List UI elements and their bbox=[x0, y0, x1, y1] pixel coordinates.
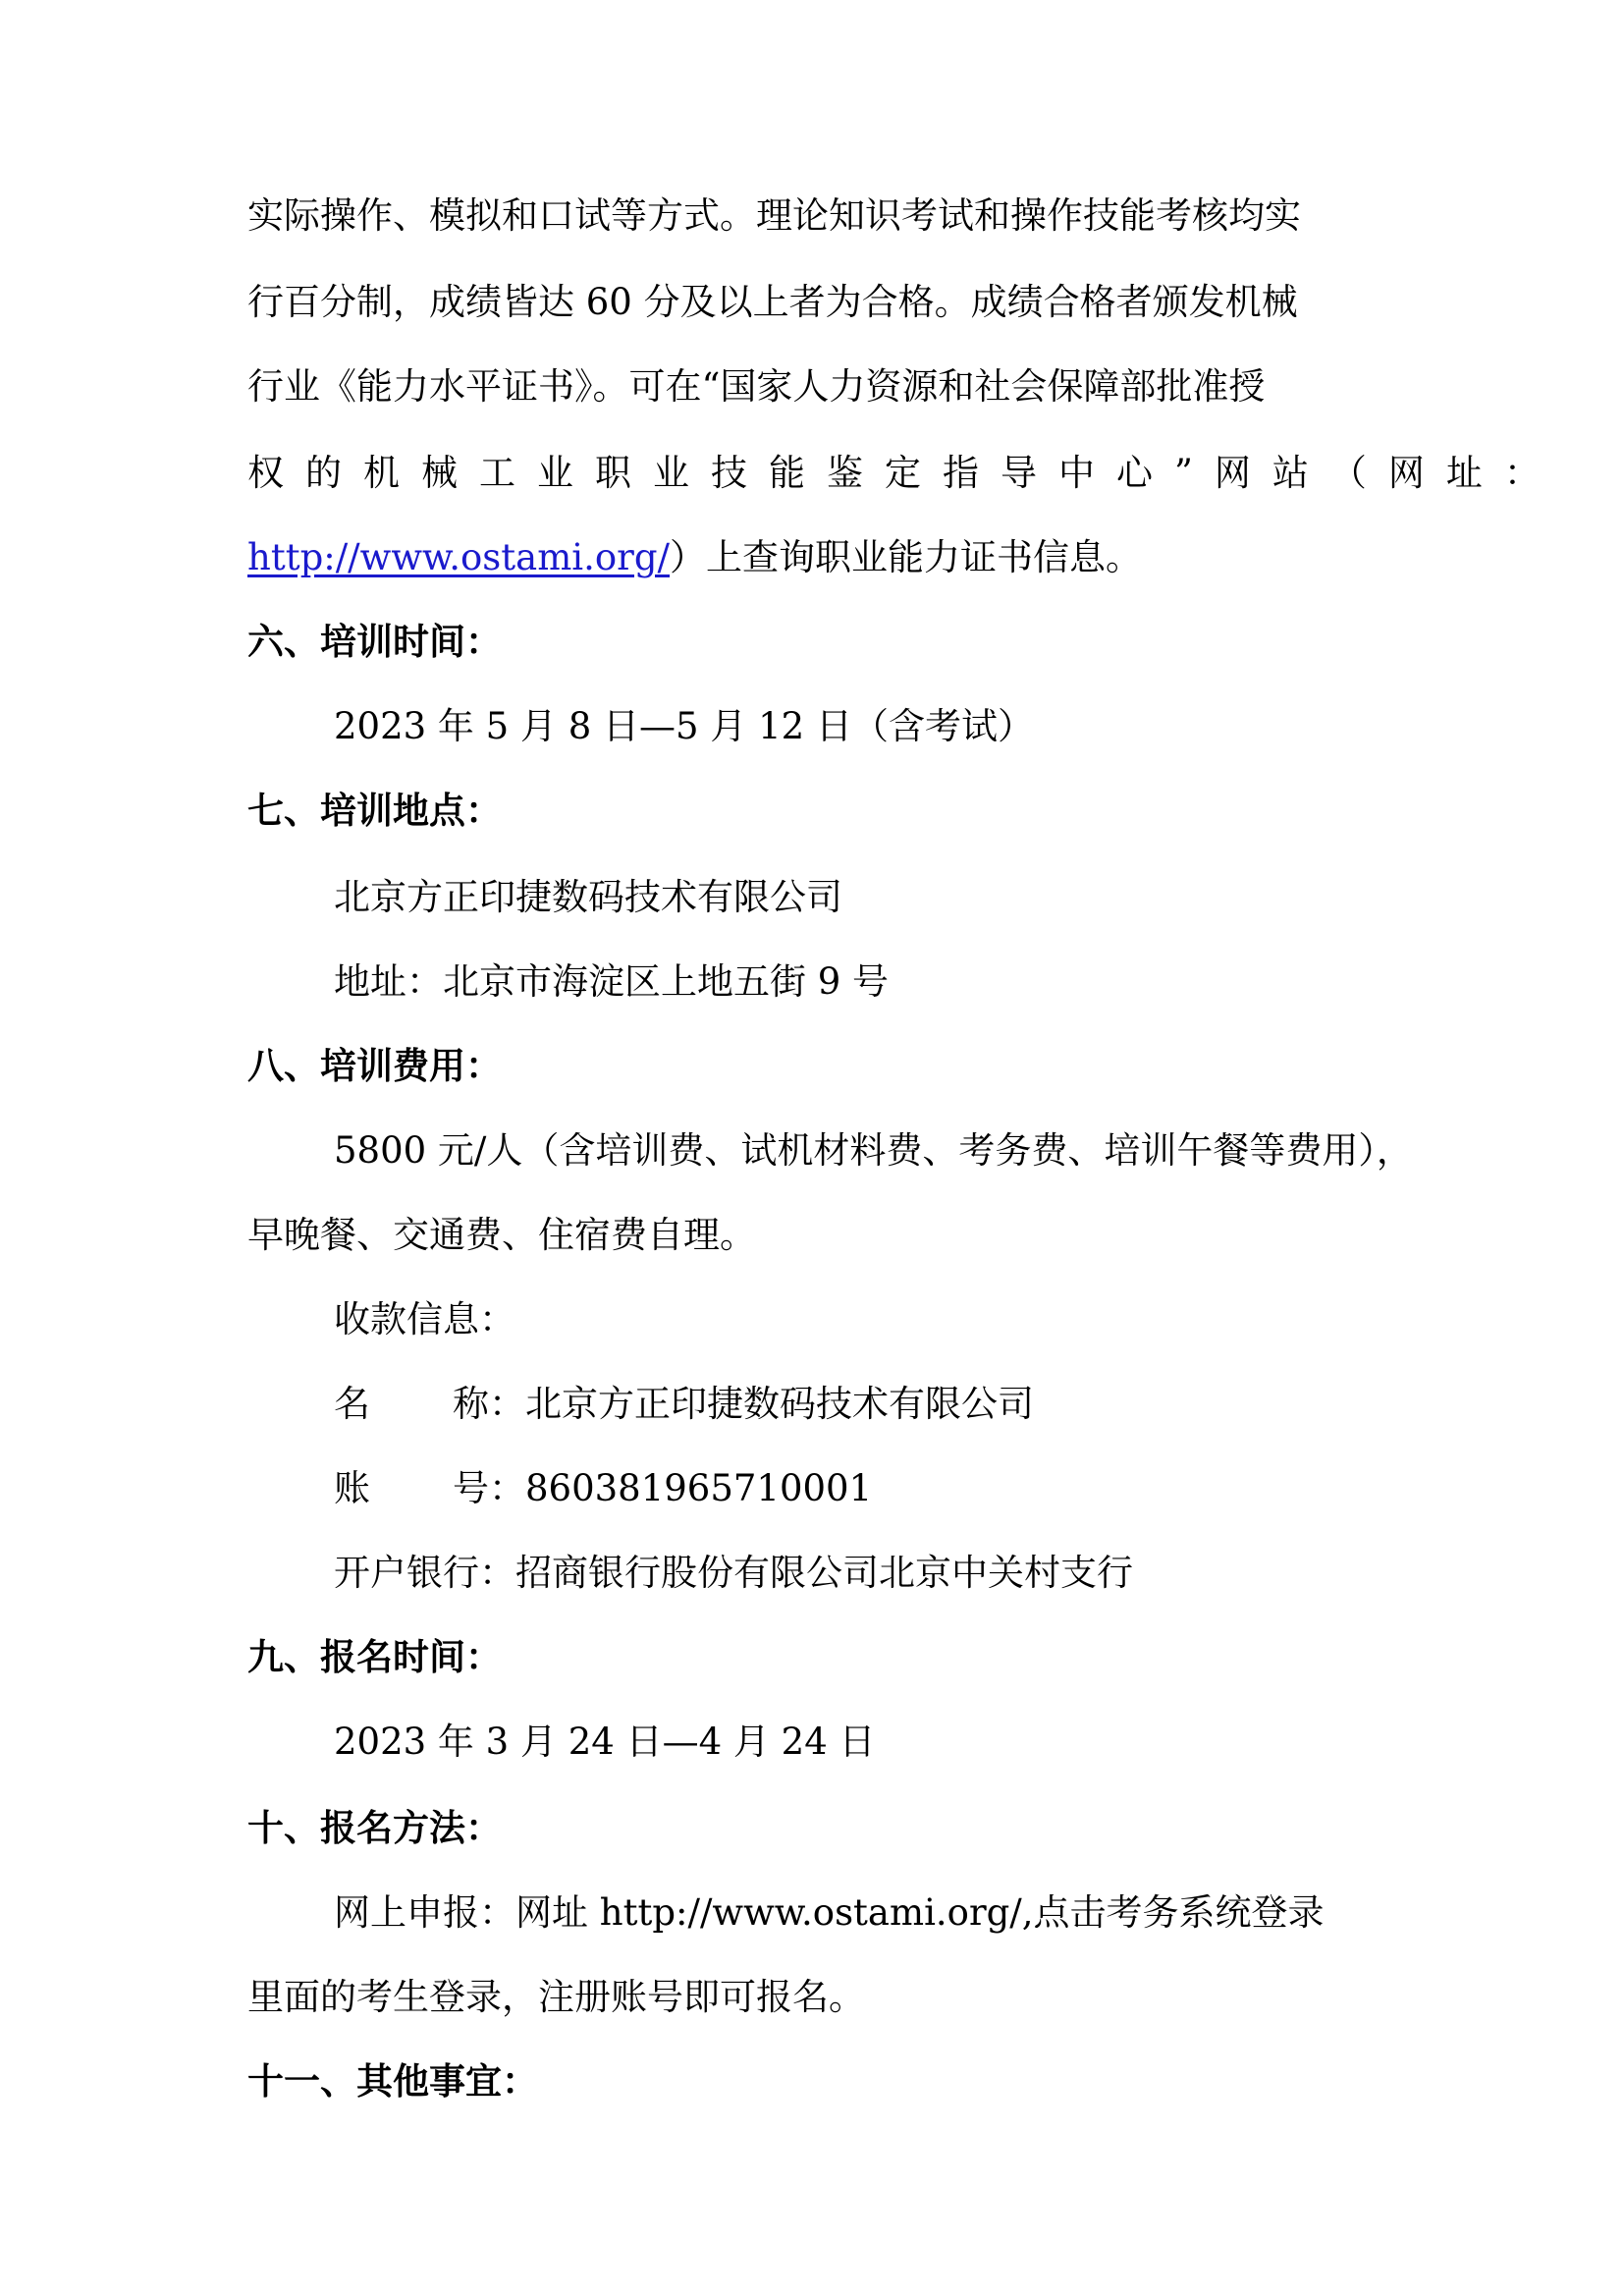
bank-value: 招商银行股份有限公司北京中关村支行 bbox=[515, 1552, 1133, 1594]
paragraph-line: 行业《能力水平证书》。可在“国家人力资源和社会保障部批准授 bbox=[247, 365, 1265, 409]
payee-name-value: 北京方正印捷数码技术有限公司 bbox=[525, 1383, 1034, 1425]
section-heading-training-time: 六、培训时间： bbox=[247, 621, 502, 664]
account-label: 账 bbox=[334, 1467, 370, 1509]
bank-label: 开户银行： bbox=[334, 1552, 515, 1594]
training-company: 北京方正印捷数码技术有限公司 bbox=[334, 876, 842, 919]
payee-name-row: 名称：北京方正印捷数码技术有限公司 bbox=[334, 1383, 1034, 1426]
account-label-colon: 号： bbox=[453, 1467, 525, 1509]
paragraph-line: 权的机械工业职业技能鉴定指导中心”网站（网址： bbox=[247, 452, 1562, 495]
payee-name-label: 名 bbox=[334, 1383, 370, 1425]
account-row: 账号：860381965710001 bbox=[334, 1467, 872, 1510]
fee-line: 早晚餐、交通费、住宿费自理。 bbox=[247, 1214, 756, 1257]
link-trailing-text: ）上查询职业能力证书信息。 bbox=[670, 536, 1142, 578]
section-heading-registration-time: 九、报名时间： bbox=[247, 1636, 502, 1679]
paragraph-line: 实际操作、模拟和口试等方式。理论知识考试和操作技能考核均实 bbox=[247, 194, 1301, 238]
registration-dates: 2023 年 3 月 24 日—4 月 24 日 bbox=[334, 1721, 876, 1764]
section-heading-training-location: 七、培训地点： bbox=[247, 790, 502, 833]
training-dates: 2023 年 5 月 8 日—5 月 12 日（含考试） bbox=[334, 705, 1034, 748]
section-heading-training-fee: 八、培训费用： bbox=[247, 1045, 502, 1088]
payee-name-label-colon: 称： bbox=[453, 1383, 525, 1425]
bank-row: 开户银行：招商银行股份有限公司北京中关村支行 bbox=[334, 1552, 1133, 1595]
section-heading-other-matters: 十一、其他事宜： bbox=[247, 2060, 538, 2104]
paragraph-line: http://www.ostami.org/）上查询职业能力证书信息。 bbox=[247, 536, 1142, 579]
fee-line: 5800 元/人（含培训费、试机材料费、考务费、培训午餐等费用）， bbox=[334, 1129, 1413, 1173]
section-heading-registration-method: 十、报名方法： bbox=[247, 1807, 502, 1850]
payment-info-title: 收款信息： bbox=[334, 1298, 515, 1341]
training-address: 地址：北京市海淀区上地五街 9 号 bbox=[334, 960, 889, 1004]
registration-method-line: 网上申报：网址 http://www.ostami.org/,点击考务系统登录 bbox=[334, 1891, 1325, 1935]
ostami-link[interactable]: http://www.ostami.org/ bbox=[247, 536, 670, 578]
account-number: 860381965710001 bbox=[525, 1467, 872, 1509]
registration-method-line: 里面的考生登录，注册账号即可报名。 bbox=[247, 1976, 865, 2019]
paragraph-line: 行百分制，成绩皆达 60 分及以上者为合格。成绩合格者颁发机械 bbox=[247, 281, 1298, 324]
